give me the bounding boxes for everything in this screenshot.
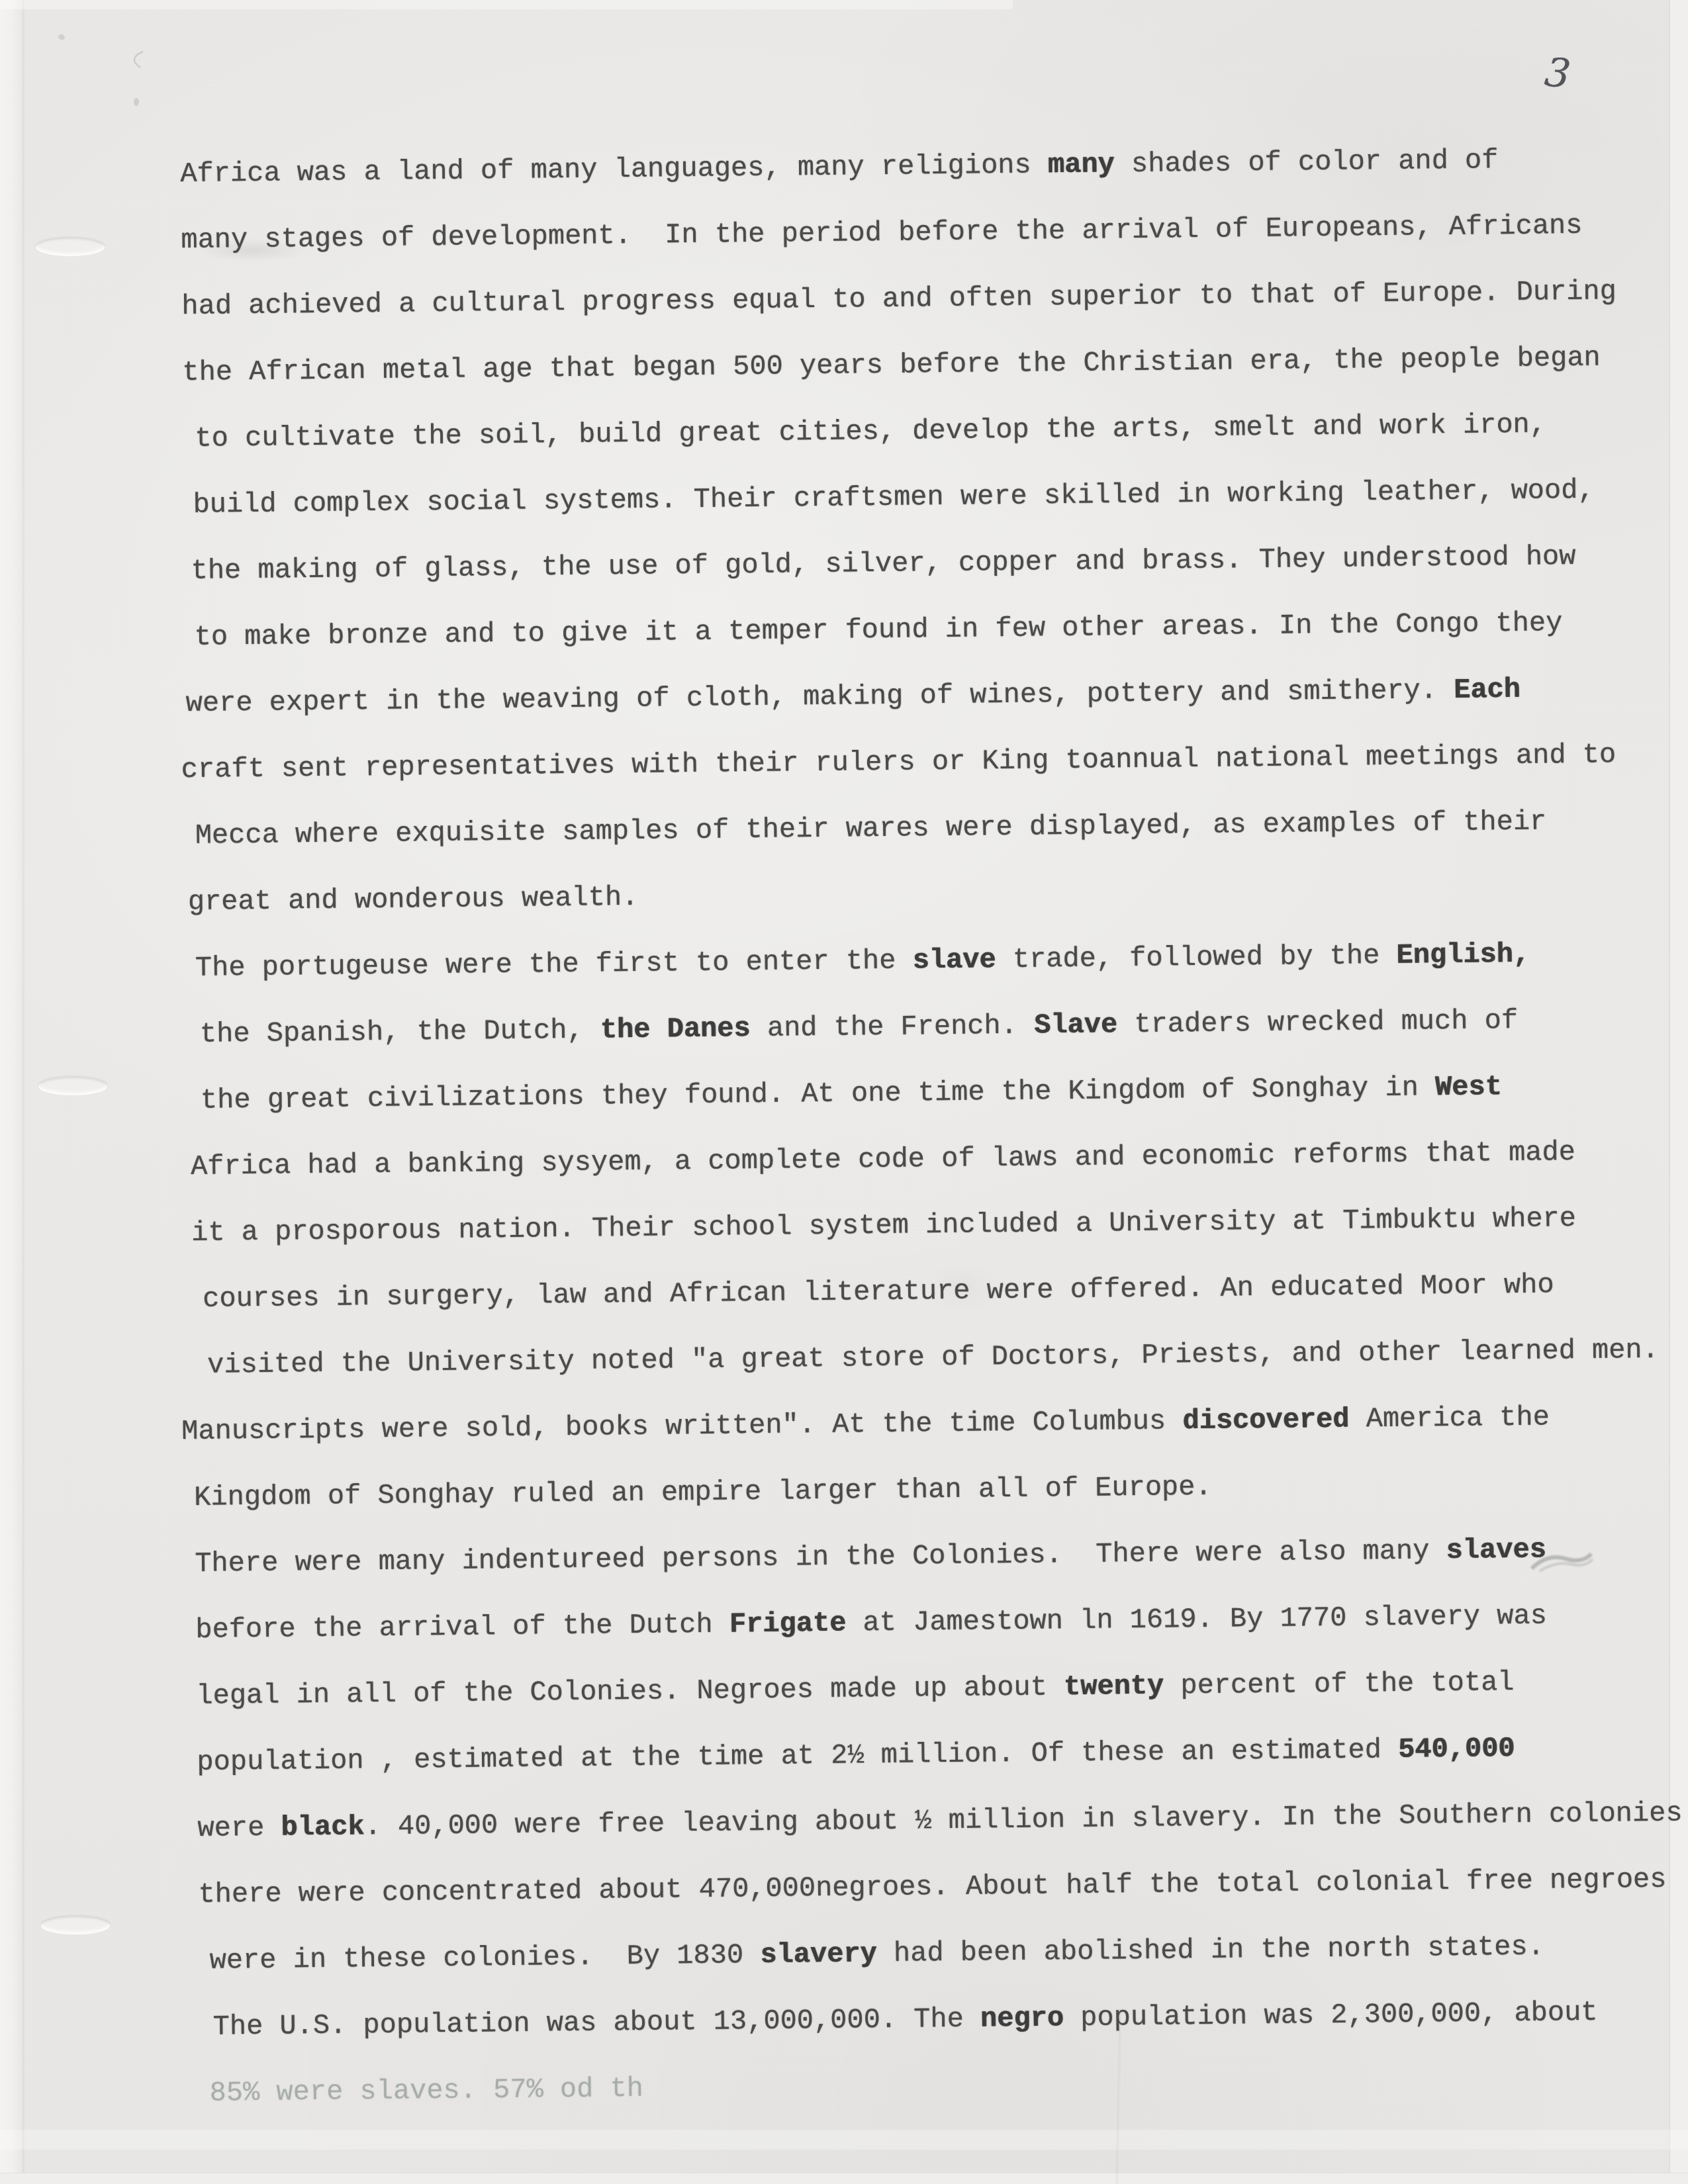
pencil-dot (134, 98, 139, 106)
typed-text-block: Africa was a land of many languages, man… (180, 139, 1688, 2140)
page-bottom-edge (0, 2173, 1688, 2184)
page-left-edge (0, 0, 23, 2184)
pencil-dot (58, 33, 66, 40)
punch-hole (38, 1077, 107, 1095)
pencil-mark (124, 49, 151, 85)
page-number: 3 (1542, 49, 1573, 98)
punch-hole (41, 1917, 110, 1934)
punch-hole (36, 238, 105, 256)
scanned-page: 3 Africa was a land of many languages, m… (0, 0, 1688, 2184)
scan-light-band-top (0, 0, 1013, 9)
